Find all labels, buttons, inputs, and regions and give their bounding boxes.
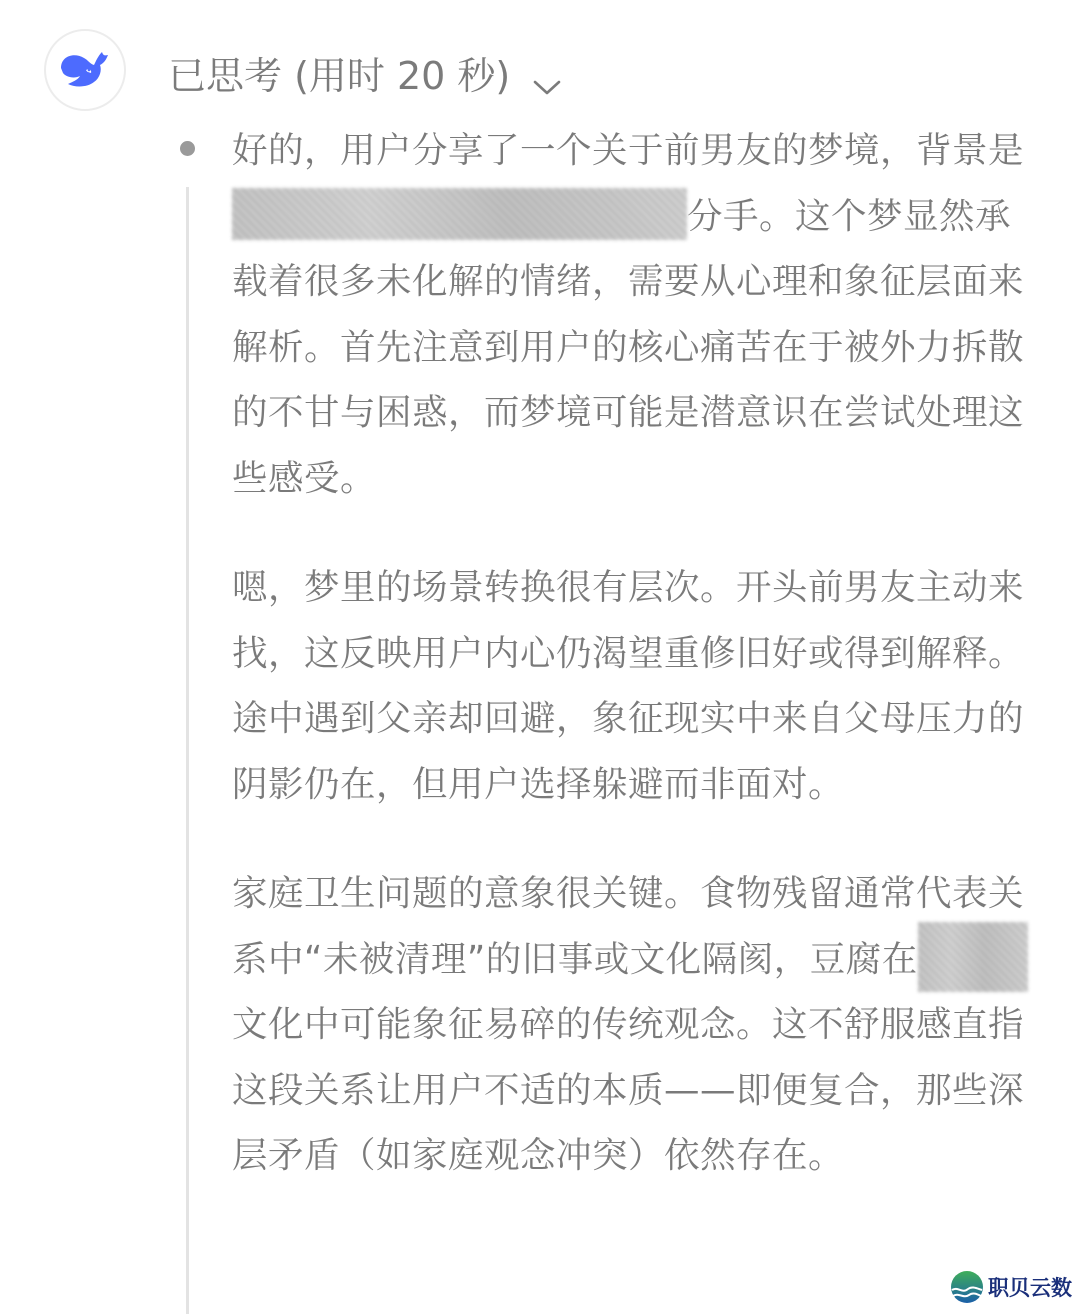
thinking-toggle[interactable]: 已思考 (用时 20 秒)	[168, 44, 562, 100]
thinking-status-label: 已思考 (用时 20 秒)	[168, 45, 510, 100]
thinking-paragraph-2: 嗯，梦里的场景转换很有层次。开头前男友主动来找，这反映用户内心仍渴望重修旧好或得…	[232, 555, 1032, 817]
wave-globe-logo-icon	[950, 1270, 984, 1304]
redaction-blur	[232, 188, 687, 240]
bullet-dot	[180, 141, 195, 156]
assistant-avatar	[44, 29, 126, 111]
watermark-text: 职贝云数	[988, 1272, 1072, 1302]
chevron-down-icon	[532, 62, 562, 82]
thinking-paragraph-3: 家庭卫生问题的意象很关键。食物残留通常代表关系中“未被清理”的旧事或文化隔阂，豆…	[232, 861, 1032, 1189]
whale-logo-icon	[58, 46, 112, 94]
thinking-content: 好的，用户分享了一个关于前男友的梦境，背景是分手。这个梦显然承载着很多未化解的情…	[232, 118, 1032, 1233]
watermark: 职贝云数	[950, 1270, 1072, 1304]
redaction-blur	[918, 922, 1028, 992]
thinking-divider-line	[186, 187, 189, 1314]
thinking-paragraph-1: 好的，用户分享了一个关于前男友的梦境，背景是分手。这个梦显然承载着很多未化解的情…	[232, 118, 1032, 511]
